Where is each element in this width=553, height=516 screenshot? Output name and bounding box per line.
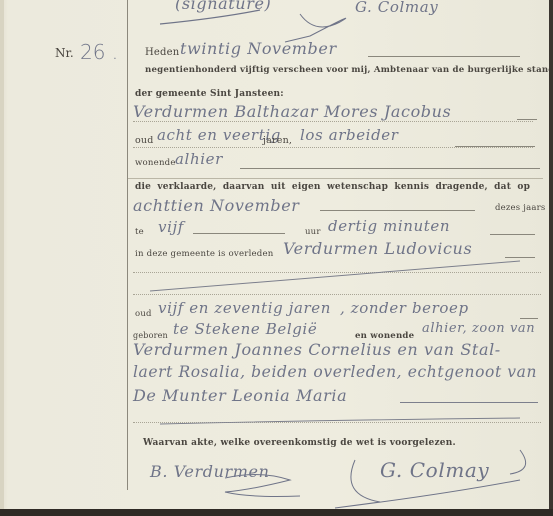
hand-death-minutes: dertig minuten — [328, 217, 450, 235]
fill-line — [520, 318, 538, 319]
fill-line — [320, 210, 475, 211]
printed-heden: Heden — [145, 47, 179, 58]
printed-wonende: wonende — [135, 158, 176, 168]
printed-geboren: geboren — [133, 331, 168, 340]
hand-death-hour: vijf — [158, 218, 184, 236]
record-number: 26 . — [80, 40, 118, 64]
hand-death-date: achttien November — [133, 196, 300, 215]
printed-jaren: jaren, — [263, 135, 292, 146]
fill-line — [490, 234, 535, 235]
book-spine-edge — [549, 0, 553, 516]
hand-deceased-age: vijf en zeventig jaren — [158, 299, 331, 317]
fill-line — [400, 402, 538, 403]
separator — [128, 178, 543, 179]
record-number-label: Nr. — [55, 46, 74, 60]
fill-line — [517, 119, 537, 120]
hand-mother-name: laert Rosalia, beiden overleden, echtgen… — [133, 363, 537, 381]
printed-line-2: negentienhonderd vijftig verscheen voor … — [145, 65, 553, 75]
signature-flourish-bottom — [0, 440, 553, 516]
fill-line — [193, 233, 285, 234]
fill-line — [368, 56, 520, 57]
hand-father-name: Verdurmen Joannes Cornelius en van Stal- — [133, 340, 501, 359]
hand-birthplace: te Stekene België — [173, 320, 317, 338]
hand-declarant-occupation: los arbeider — [300, 126, 399, 144]
printed-oud-2: oud — [135, 309, 152, 319]
hand-declarant-name: Verdurmen Balthazar Mores Jacobus — [133, 102, 451, 121]
fill-line — [133, 147, 533, 148]
hand-spouse-name: De Munter Leonia Maria — [133, 386, 347, 405]
fill-line — [455, 146, 535, 147]
hand-date: twintig November — [180, 39, 337, 58]
hand-declarant-residence: alhier — [175, 150, 223, 168]
printed-uur: uur — [305, 227, 321, 237]
fill-line — [133, 121, 533, 122]
printed-dezes-jaars: dezes jaars — [495, 203, 545, 213]
printed-municipality: der gemeente Sint Jansteen: — [135, 89, 284, 99]
printed-declaration: die verklaarde, daarvan uit eigen wetens… — [135, 182, 530, 192]
book-bottom-edge — [0, 509, 553, 516]
fill-line — [240, 168, 540, 169]
printed-te: te — [135, 227, 144, 237]
hand-deceased-name: Verdurmen Ludovicus — [283, 239, 472, 258]
document-page: (signature) G. Colmay Nr. 26 . Heden twi… — [0, 0, 549, 510]
printed-oud: oud — [135, 135, 154, 146]
hand-deceased-occupation: , zonder beroep — [340, 299, 469, 317]
hand-deceased-residence: alhier, zoon van — [422, 321, 535, 336]
